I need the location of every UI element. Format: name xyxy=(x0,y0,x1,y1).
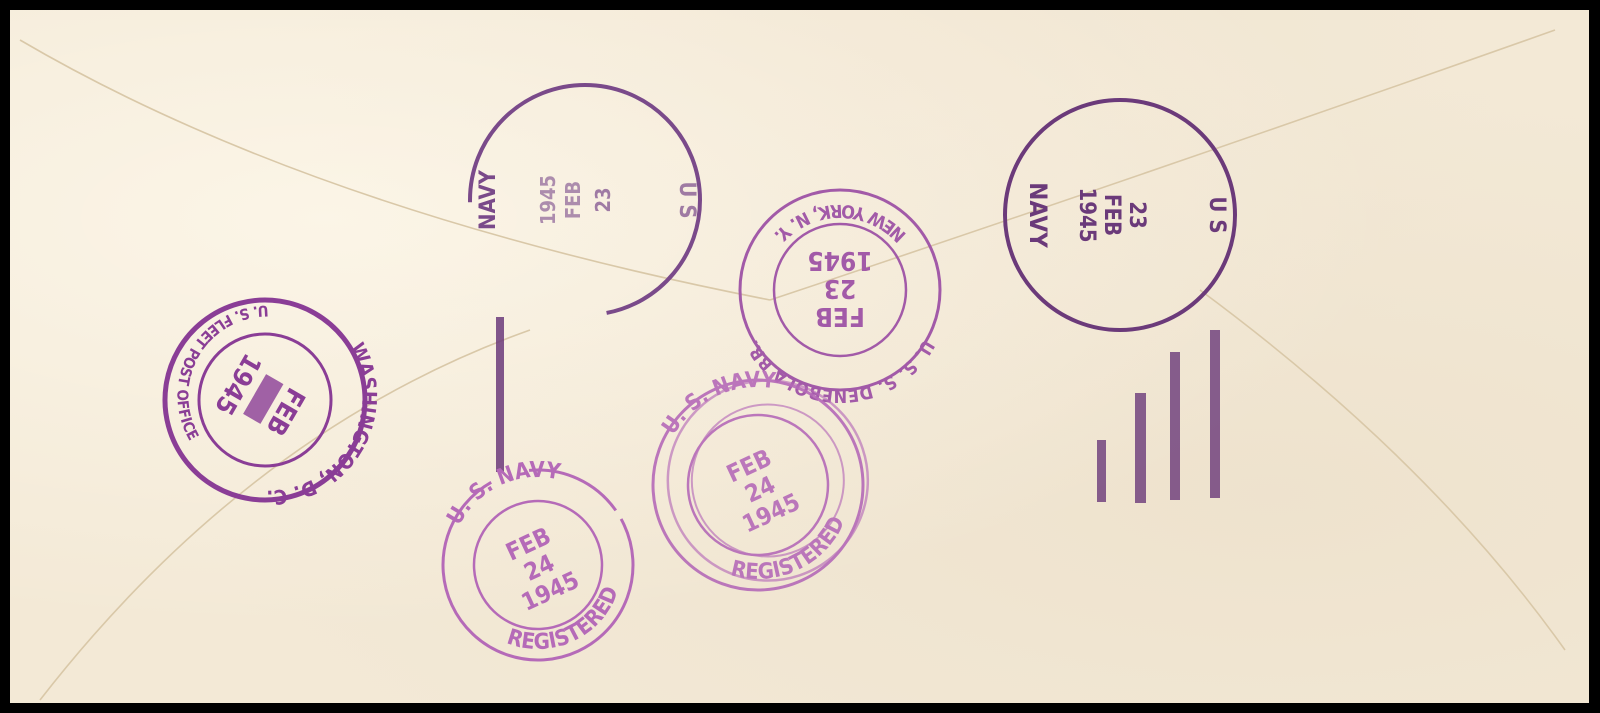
postmark-fleet-post-office: WASHINGTON, D. C. U. S. FLEET POST OFFIC… xyxy=(128,260,415,544)
postmark-denebola-month: FEB xyxy=(815,301,865,331)
postmark-double-struck-registered: U. S. NAVY REGISTERED FEB 24 1945 xyxy=(613,334,908,624)
postmark-navy-right-year: 1945 xyxy=(1074,187,1099,242)
postmark-navy-left-year: 1945 xyxy=(536,175,560,225)
postmark-navy-left: NAVY U S 1945 FEB 23 xyxy=(470,85,700,315)
postmark-navy-right-month: FEB xyxy=(1099,194,1124,236)
postmark-navy-left-day: 23 xyxy=(591,187,615,212)
postmark-navy-left-us: U S xyxy=(674,181,699,218)
postmark-navy-right-us: U S xyxy=(1204,196,1229,233)
killer-bar-left xyxy=(496,317,504,472)
postmark-navy-right: NAVY U S 23 FEB 1945 xyxy=(1005,100,1235,330)
postmark-us-navy-registered: U. S. NAVY REGISTERED FEB 24 1945 xyxy=(407,428,665,692)
postmark-navy-left-month: FEB xyxy=(561,181,585,219)
envelope-artwork: WASHINGTON, D. C. U. S. FLEET POST OFFIC… xyxy=(10,10,1589,703)
envelope-back-scan: WASHINGTON, D. C. U. S. FLEET POST OFFIC… xyxy=(10,10,1589,703)
postmark-navy-left-label: NAVY xyxy=(476,169,501,230)
postmark-denebola-day: 23 xyxy=(824,273,857,303)
postmark-navy-right-label: NAVY xyxy=(1024,182,1052,248)
killer-bars-right xyxy=(1097,330,1220,503)
postmark-navy-right-day: 23 xyxy=(1124,201,1149,229)
postmark-denebola-year: 1945 xyxy=(807,245,872,275)
